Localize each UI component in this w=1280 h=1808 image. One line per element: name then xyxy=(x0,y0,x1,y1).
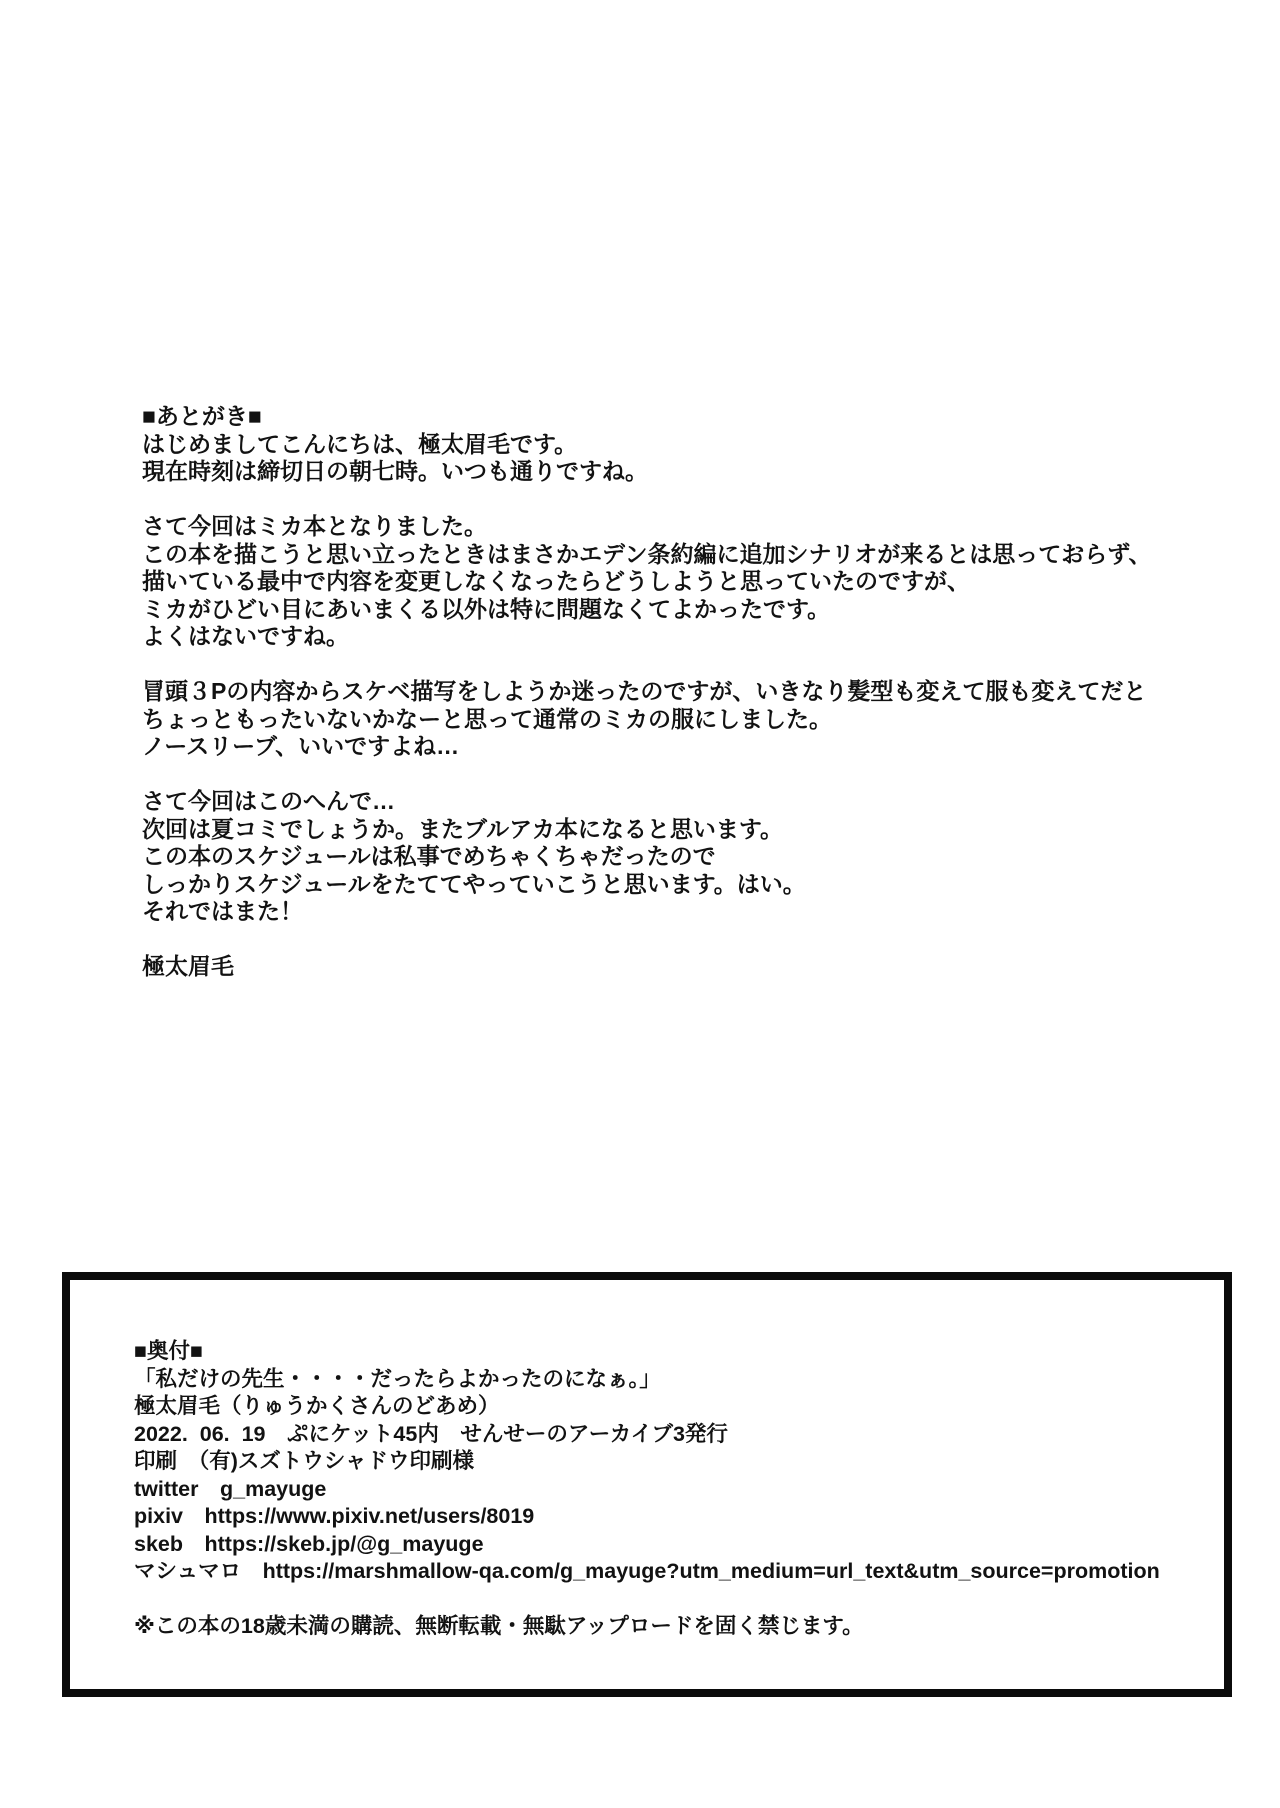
afterword-line-12: ノースリーブ、いいですよね… xyxy=(142,733,1151,761)
afterword-line-10: 冒頭３Pの内容からスケベ描写をしようか迷ったのですが、いきなり髪型も変えて服も変… xyxy=(142,678,1151,706)
colophon-line-3: 2022. 06. 19 ぷにケット45内 せんせーのアーカイブ3発行 xyxy=(134,1421,1160,1449)
afterword-line-5: この本を描こうと思い立ったときはまさかエデン条約編に追加シナリオが来るとは思って… xyxy=(142,541,1151,569)
afterword-line-8: よくはないですね。 xyxy=(142,623,1151,651)
afterword-line-3 xyxy=(142,486,1151,514)
afterword-line-4: さて今回はミカ本となりました。 xyxy=(142,513,1151,541)
colophon-box: ■奥付■「私だけの先生・・・・だったらよかったのになぁ。」極太眉毛（りゅうかくさ… xyxy=(62,1272,1232,1697)
colophon-line-0: ■奥付■ xyxy=(134,1338,1160,1366)
afterword-line-0: ■あとがき■ xyxy=(142,403,1151,431)
afterword-line-7: ミカがひどい目にあいまくる以外は特に問題なくてよかったです。 xyxy=(142,596,1151,624)
afterword-line-15: 次回は夏コミでしょうか。またブルアカ本になると思います。 xyxy=(142,816,1151,844)
afterword-line-16: この本のスケジュールは私事でめちゃくちゃだったので xyxy=(142,843,1151,871)
colophon-line-10: ※この本の18歳未満の購読、無断転載・無駄アップロードを固く禁じます。 xyxy=(134,1613,1160,1641)
afterword-line-19 xyxy=(142,926,1151,954)
afterword-section: ■あとがき■はじめましてこんにちは、極太眉毛です。現在時刻は締切日の朝七時。いつ… xyxy=(142,403,1151,981)
afterword-line-14: さて今回はこのへんで… xyxy=(142,788,1151,816)
colophon-line-4: 印刷 （有)スズトウシャドウ印刷様 xyxy=(134,1448,1160,1476)
afterword-line-9 xyxy=(142,651,1151,679)
colophon-line-7: skeb https://skeb.jp/@g_mayuge xyxy=(134,1531,1160,1559)
afterword-line-11: ちょっともったいないかなーと思って通常のミカの服にしました。 xyxy=(142,706,1151,734)
colophon-line-8: マシュマロ https://marshmallow-qa.com/g_mayug… xyxy=(134,1558,1160,1586)
colophon-section: ■奥付■「私だけの先生・・・・だったらよかったのになぁ。」極太眉毛（りゅうかくさ… xyxy=(134,1338,1160,1641)
afterword-line-13 xyxy=(142,761,1151,789)
afterword-line-17: しっかりスケジュールをたててやっていこうと思います。はい。 xyxy=(142,871,1151,899)
document-page: ■あとがき■はじめましてこんにちは、極太眉毛です。現在時刻は締切日の朝七時。いつ… xyxy=(0,0,1280,1808)
afterword-line-18: それではまた！ xyxy=(142,898,1151,926)
colophon-line-9 xyxy=(134,1586,1160,1614)
colophon-line-2: 極太眉毛（りゅうかくさんのどあめ） xyxy=(134,1393,1160,1421)
colophon-line-5: twitter g_mayuge xyxy=(134,1476,1160,1504)
afterword-line-20: 極太眉毛 xyxy=(142,953,1151,981)
afterword-line-2: 現在時刻は締切日の朝七時。いつも通りですね。 xyxy=(142,458,1151,486)
afterword-line-1: はじめましてこんにちは、極太眉毛です。 xyxy=(142,431,1151,459)
afterword-line-6: 描いている最中で内容を変更しなくなったらどうしようと思っていたのですが、 xyxy=(142,568,1151,596)
colophon-line-1: 「私だけの先生・・・・だったらよかったのになぁ。」 xyxy=(134,1366,1160,1394)
colophon-line-6: pixiv https://www.pixiv.net/users/8019 xyxy=(134,1503,1160,1531)
